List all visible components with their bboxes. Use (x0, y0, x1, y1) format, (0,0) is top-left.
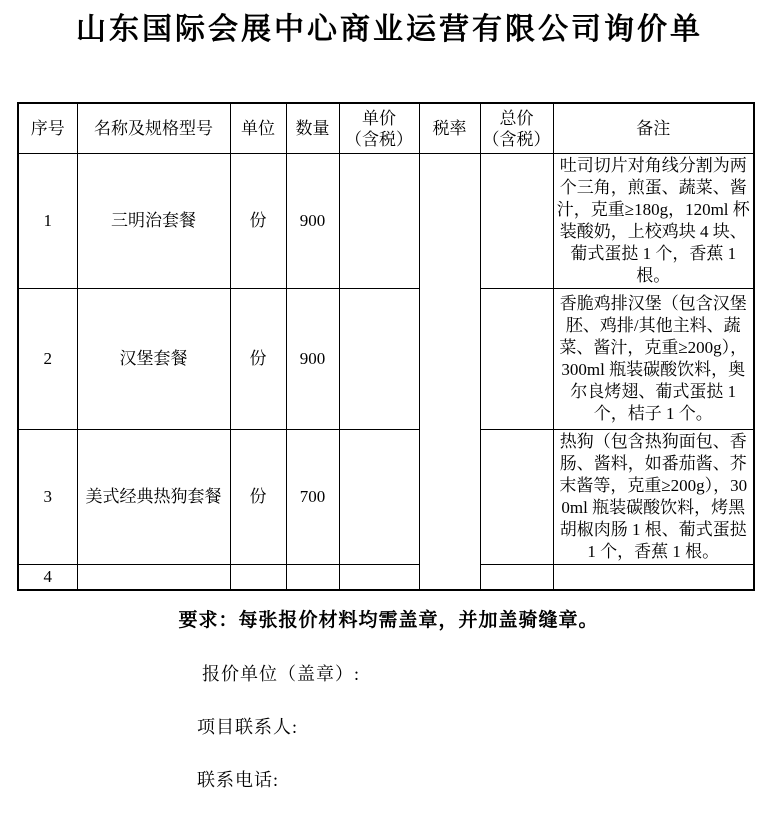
unit-cell (230, 565, 286, 591)
unit-price-cell (339, 430, 419, 565)
item-name-cell: 三明治套餐 (77, 154, 230, 289)
total-price-cell (480, 289, 553, 430)
unit-cell: 份 (230, 289, 286, 430)
header-cell-unit-price: 单价 （含税） (339, 103, 419, 154)
qty-cell: 700 (286, 430, 339, 565)
total-price-cell (480, 565, 553, 591)
project-contact-label: 项目联系人: (197, 716, 777, 738)
unit-price-cell (339, 565, 419, 591)
header-cell-qty: 数量 (286, 103, 339, 154)
header-cell-tax-rate: 税率 (419, 103, 480, 154)
unit-price-cell (339, 154, 419, 289)
row-no-cell: 2 (18, 289, 77, 430)
row-no-cell: 3 (18, 430, 77, 565)
item-name-cell: 美式经典热狗套餐 (77, 430, 230, 565)
total-price-cell (480, 154, 553, 289)
qty-cell: 900 (286, 289, 339, 430)
qty-cell: 900 (286, 154, 339, 289)
table-row-3: 3 美式经典热狗套餐 份 700 热狗（包含热狗面包、香肠、酱料，如番茄酱、芥末… (18, 430, 754, 565)
quote-unit-seal-label: 报价单位（盖章）: (202, 663, 777, 685)
table-row-2: 2 汉堡套餐 份 900 香脆鸡排汉堡（包含汉堡胚、鸡排/其他主料、蔬菜、酱汁，… (18, 289, 754, 430)
inquiry-document-page: 山东国际会展中心商业运营有限公司询价单 序号 名称及规格型号 单位 数量 单价 … (0, 6, 777, 825)
total-price-cell (480, 430, 553, 565)
table-row-4: 4 (18, 565, 754, 591)
header-cell-remark: 备注 (553, 103, 754, 154)
contact-phone-label: 联系电话: (197, 769, 777, 791)
table-header-row: 序号 名称及规格型号 单位 数量 单价 （含税） 税率 总价 （含税） 备注 (18, 103, 754, 154)
header-cell-unit: 单位 (230, 103, 286, 154)
tax-rate-merged-cell (419, 154, 480, 591)
remark-cell: 热狗（包含热狗面包、香肠、酱料，如番茄酱、芥末酱等，克重≥200g），300ml… (553, 430, 754, 565)
item-name-cell (77, 565, 230, 591)
row-no-cell: 4 (18, 565, 77, 591)
remark-cell (553, 565, 754, 591)
unit-cell: 份 (230, 154, 286, 289)
header-cell-total-price: 总价 （含税） (480, 103, 553, 154)
requirement-note: 要求：每张报价材料均需盖章，并加盖骑缝章。 (0, 608, 777, 634)
page-title: 山东国际会展中心商业运营有限公司询价单 (76, 6, 721, 54)
inquiry-table: 序号 名称及规格型号 单位 数量 单价 （含税） 税率 总价 （含税） 备注 1… (17, 102, 755, 591)
unit-cell: 份 (230, 430, 286, 565)
table-row-1: 1 三明治套餐 份 900 吐司切片对角线分割为两个三角，煎蛋、蔬菜、酱汁，克重… (18, 154, 754, 289)
item-name-cell: 汉堡套餐 (77, 289, 230, 430)
remark-cell: 吐司切片对角线分割为两个三角，煎蛋、蔬菜、酱汁，克重≥180g，120ml 杯装… (553, 154, 754, 289)
qty-cell (286, 565, 339, 591)
unit-price-cell (339, 289, 419, 430)
header-cell-no: 序号 (18, 103, 77, 154)
row-no-cell: 1 (18, 154, 77, 289)
header-cell-name-spec: 名称及规格型号 (77, 103, 230, 154)
remark-cell: 香脆鸡排汉堡（包含汉堡胚、鸡排/其他主料、蔬菜、酱汁，克重≥200g），300m… (553, 289, 754, 430)
